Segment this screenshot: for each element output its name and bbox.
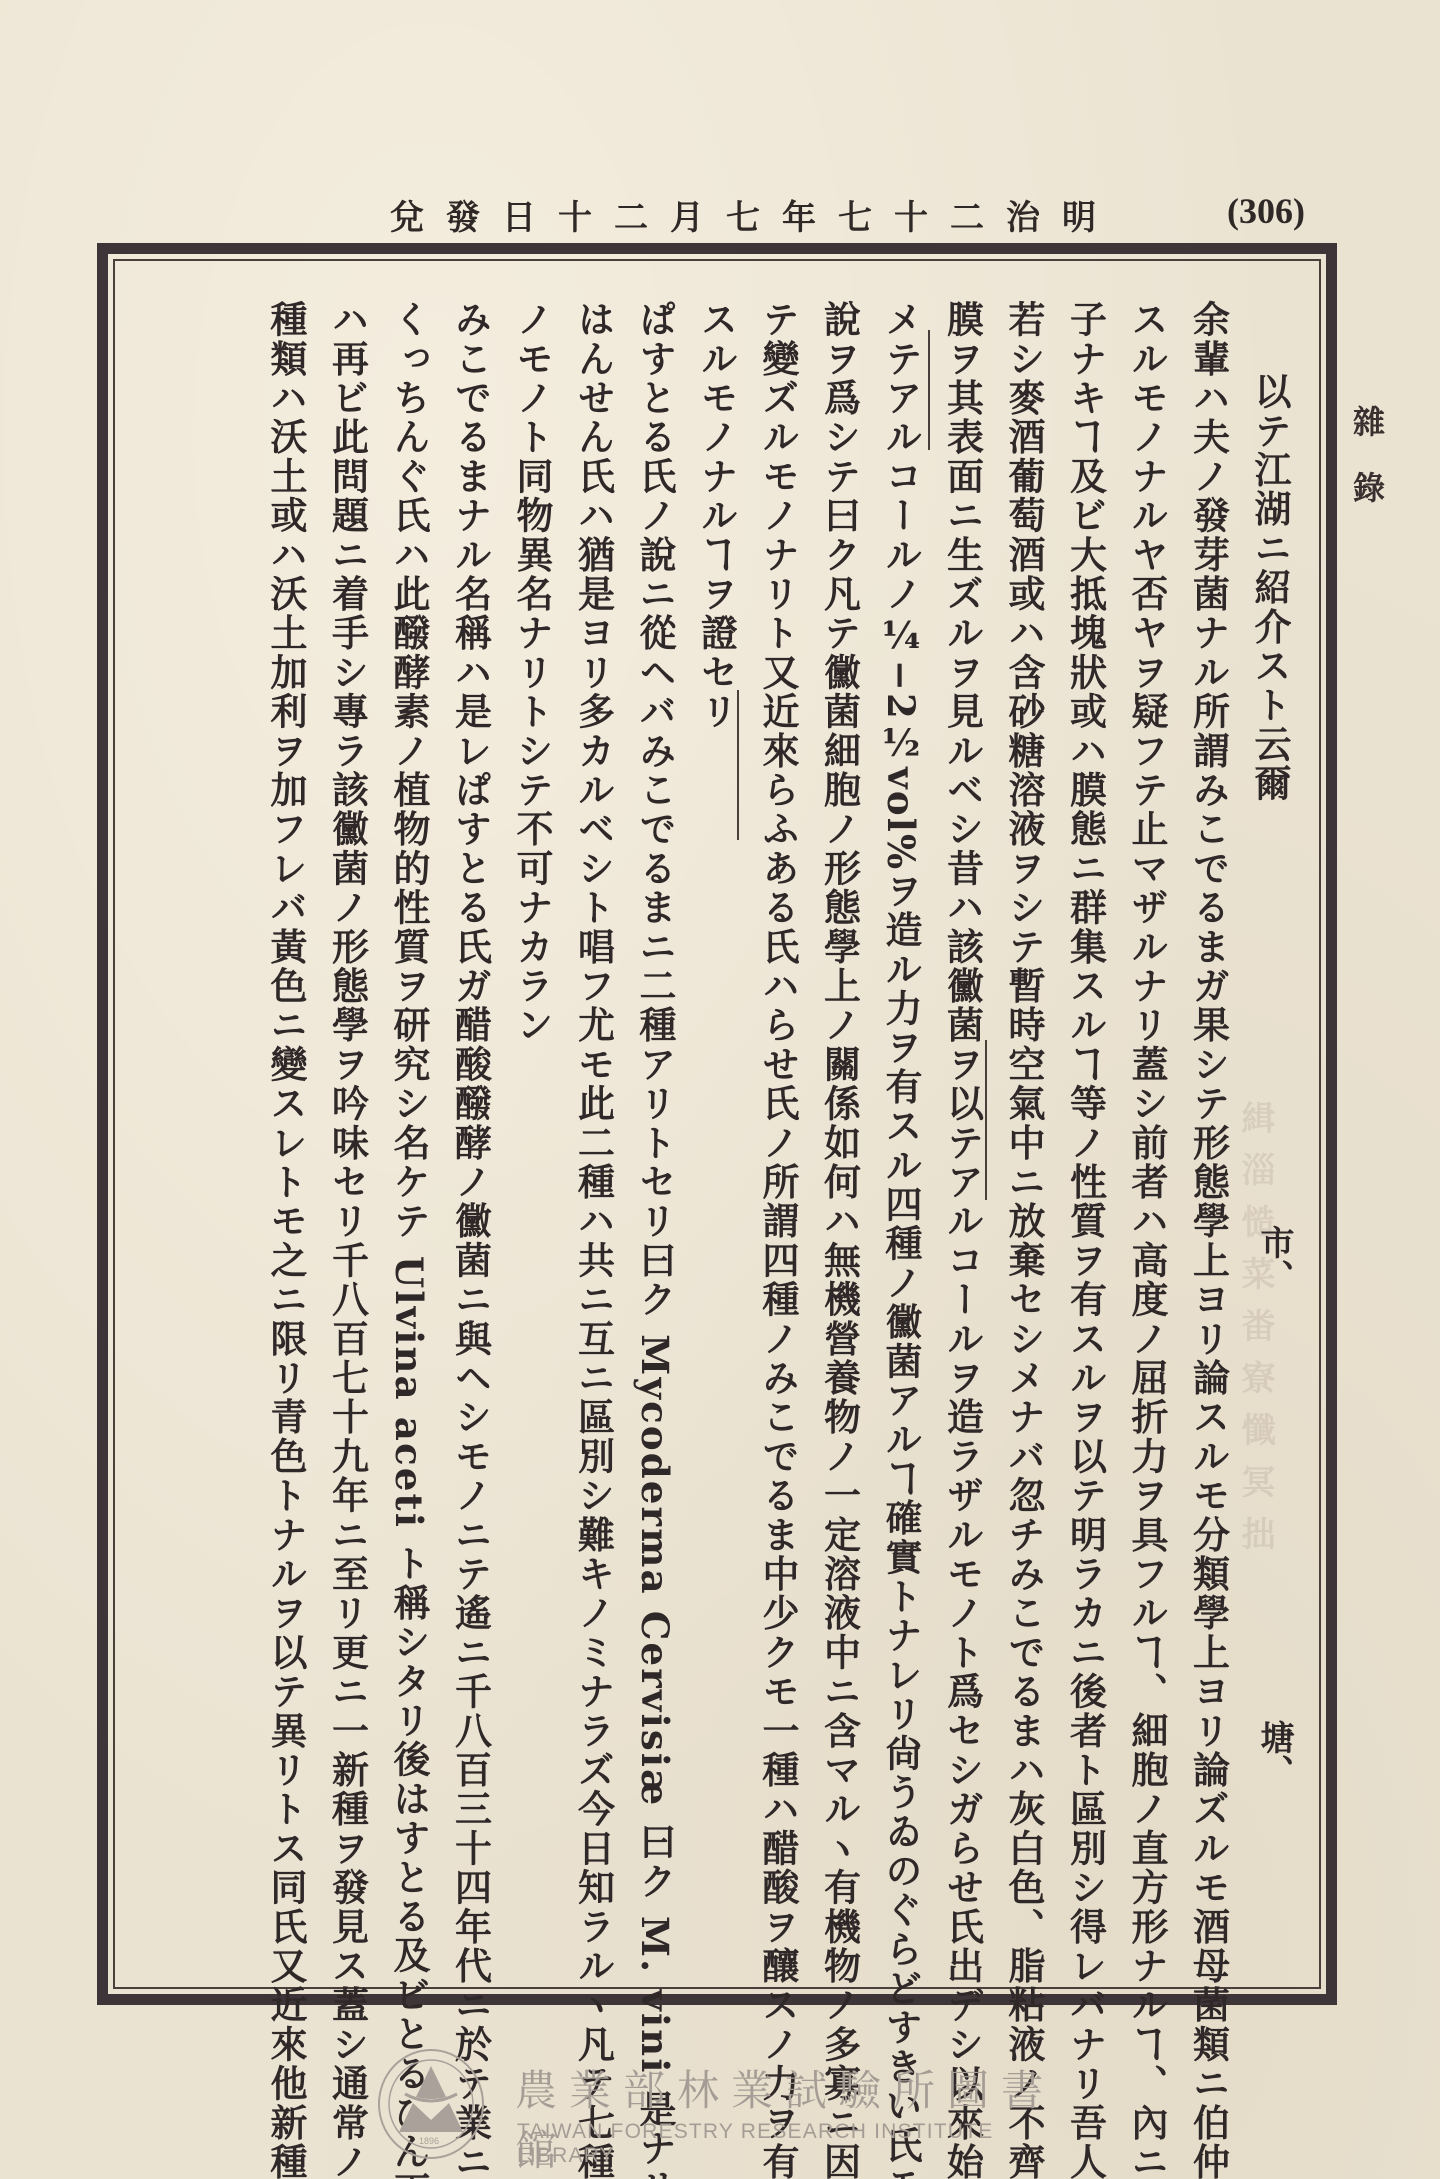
- publication-date: 明治二十七年七月二十日發兌: [390, 190, 1118, 239]
- text-column: みこでるまナル名稱ハ是レぱすとる氏ガ醋酸醱酵ノ黴菌ニ與ヘシモノニテ遙ニ千八百三十…: [439, 300, 501, 1980]
- text-column: 種類ハ沃土或ハ沃土加利ヲ加フレバ黃色ニ變スレトモ之ニ限リ青色トナルヲ以テ異リトス…: [255, 300, 317, 1980]
- page-number: (306): [1227, 190, 1305, 232]
- marginal-note: 市、: [1250, 1225, 1299, 1293]
- text-column: テ變ズルモノナリト又近來らふある氏ハらせ氏ノ所謂四種ノみこでるま中少クモ一種ハ醋…: [747, 300, 809, 1980]
- page-header: 明治二十七年七月二十日發兌 (306): [380, 190, 1305, 240]
- name-sideline: [928, 330, 930, 450]
- text-column: くっちんぐ氏ハ此醱酵素ノ植物的性質ヲ研究シ名ケテ Ulvina aceti ト稱…: [378, 300, 440, 1980]
- text-column: スルモノナルヿヲ證セリ: [685, 300, 747, 1980]
- text-column: はんせん氏ハ猶是ヨリ多カルベシト唱フ尤モ此二種ハ共ニ互ニ區別シ難キノミナラズ今日…: [562, 300, 624, 1980]
- institute-logo-icon: 1896: [375, 2048, 487, 2160]
- name-sideline: [737, 690, 739, 840]
- text-column: 膜ヲ其表面ニ生ズルヲ見ルベシ昔ハ該黴菌ヲ以テアルコールヲ造ラザルモノト爲セシガら…: [931, 300, 993, 1980]
- text-column: ぱすとる氏ノ說ニ從ヘバみこでるまニ二種アリトセリ曰ク Mycoderma Cer…: [624, 300, 686, 1980]
- text-column: ハ再ビ此問題ニ着手シ專ラ該黴菌ノ形態學ヲ吟味セリ千八百七十九年ニ至リ更ニ一新種ヲ…: [316, 300, 378, 1980]
- text-column: 說ヲ爲シテ曰ク凡テ黴菌細胞ノ形態學上ノ關係如何ハ無機營養物ノ一定溶液中ニ含マルヽ…: [808, 300, 870, 1980]
- section-label: 雜錄: [1340, 405, 1390, 537]
- text-column: 余輩ハ夫ノ發芽菌ナル所謂みこでるまガ果シテ形態學上ヨリ論スルモ分類學上ヨリ論ズル…: [1177, 300, 1239, 1980]
- text-column: メテアルコールノ¼−2½vol%ヲ造ル力ヲ有スル四種ノ黴菌アルヿ確實トナレリ尙う…: [870, 300, 932, 1980]
- text-column: 若シ麥酒葡萄酒或ハ含砂糖溶液ヲシテ暫時空氣中ニ放棄セシメナバ忽チみこでるまハ灰白…: [993, 300, 1055, 1980]
- svg-text:1896: 1896: [419, 2136, 439, 2146]
- library-watermark: 1896 農業部林業試驗所圖書館 TAIWAN FORESTRY RESEARC…: [375, 2048, 1095, 2158]
- body-text: 以テ江湖ニ紹介スト云爾 余輩ハ夫ノ發芽菌ナル所謂みこでるまガ果シテ形態學上ヨリ論…: [135, 300, 1300, 1980]
- text-column: ノモノト同物異名ナリトシテ不可ナカラン: [501, 300, 563, 1980]
- library-name-english: TAIWAN FORESTRY RESEARCH INSTITUTE LIBRA…: [517, 2120, 1095, 2168]
- text-column: スルモノナルヤ否ヤヲ疑フテ止マザルナリ蓋シ前者ハ高度ノ屈折力ヲ具フルヿ、細胞ノ直…: [1116, 300, 1178, 1980]
- text-column: 子ナキヿ及ビ大抵塊狀或ハ膜態ニ群集スルヿ等ノ性質ヲ有スルヲ以テ明ラカニ後者ト區別…: [1054, 300, 1116, 1980]
- name-sideline: [985, 1040, 987, 1200]
- marginal-note: 塘、: [1250, 1720, 1299, 1788]
